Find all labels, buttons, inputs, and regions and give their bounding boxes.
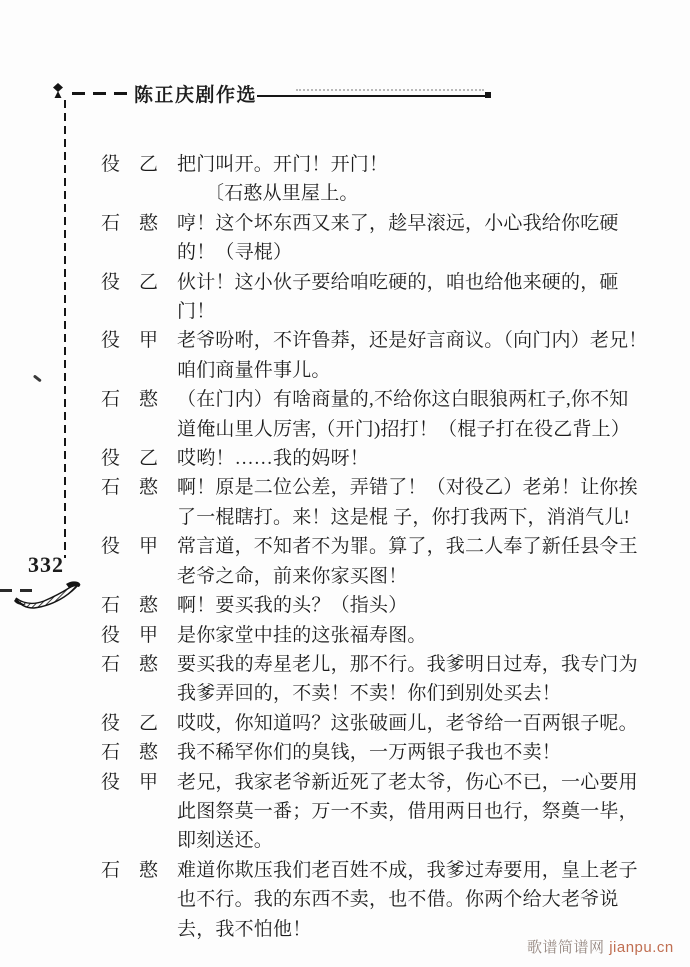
speech-lines: 难道你欺压我们老百姓不成，我爹过寿要用，皇上老子也不行。我的东西不卖，也不借。你… <box>177 856 638 944</box>
dialogue-entry: 役 甲 老兄，我家老爷新近死了老太爷，伤心不已，一心要用此图祭莫一番；万一不卖，… <box>101 768 648 856</box>
dialogue-line: 此图祭莫一番；万一不卖，借用两日也行，祭奠一毕， <box>177 797 638 826</box>
header-dotted-rule <box>296 89 484 91</box>
speech-lines: 我不稀罕你们的臭钱，一万两银子我也不卖！ <box>177 738 561 767</box>
speaker-name: 石 憨 <box>101 591 157 620</box>
dialogue-entry: 石 憨 （在门内）有啥商量的,不给你这白眼狼两杠子,你不知道俺山里人厉害,（开门… <box>101 385 648 444</box>
speaker-name: 石 憨 <box>101 385 157 414</box>
speaker-name: 石 憨 <box>101 738 157 767</box>
dialogue-entry: 役 乙 把门叫开。开门！开门！ <box>101 150 648 179</box>
dialogue-line: 即刻送还。 <box>177 826 638 855</box>
dialogue-line: 也不行。我的东西不卖，也不借。你两个给大老爷说 <box>177 885 638 914</box>
dialogue-line: 常言道，不知者不为罪。算了，我二人奉了新任县令王 <box>177 532 638 561</box>
speech-lines: 常言道，不知者不为罪。算了，我二人奉了新任县令王老爷之命，前来你家买图！ <box>177 532 638 591</box>
dialogue-line: 哎哟！……我的妈呀！ <box>177 444 369 473</box>
speaker-name: 役 乙 <box>101 709 157 738</box>
speech-lines: 〔石憨从里屋上。 <box>177 179 359 208</box>
dialogue-line: 要买我的寿星老儿，那不行。我爹明日过寿，我专门为 <box>177 650 638 679</box>
speech-lines: 老兄，我家老爷新近死了老太爷，伤心不已，一心要用此图祭莫一番；万一不卖，借用两日… <box>177 768 638 856</box>
dialogue-line: 哼！这个坏东西又来了，趁早滚远，小心我给你吃硬 <box>177 209 619 238</box>
speaker-name: 石 憨 <box>101 650 157 679</box>
dialogue-entry: 石 憨 哼！这个坏东西又来了，趁早滚远，小心我给你吃硬的！（寻棍） <box>101 209 648 268</box>
speech-lines: 啊！要买我的头？（指头） <box>177 591 407 620</box>
stray-mark <box>33 374 42 382</box>
margin-dashed-line <box>64 100 66 558</box>
dialogue-line: 的！（寻棍） <box>177 238 619 267</box>
speech-lines: （在门内）有啥商量的,不给你这白眼狼两杠子,你不知道俺山里人厉害,（开门)招打！… <box>177 385 630 444</box>
speaker-name: 役 甲 <box>101 621 157 650</box>
watermark-site-url: jianpu.cn <box>609 939 674 956</box>
watermark: 歌谱简谱网 jianpu.cn <box>527 936 674 957</box>
speaker-name: 役 甲 <box>101 326 157 355</box>
speech-lines: 哎哟！……我的妈呀！ <box>177 444 369 473</box>
header-rule <box>257 95 487 97</box>
dialogue-line: 我不稀罕你们的臭钱，一万两银子我也不卖！ <box>177 738 561 767</box>
speaker-name: 役 乙 <box>101 150 157 179</box>
dialogue-line: 门！ <box>177 297 619 326</box>
dialogue-entry: 石 憨 要买我的寿星老儿，那不行。我爹明日过寿，我专门为我爹弄回的，不卖！不卖！… <box>101 650 648 709</box>
dialogue-line: 老兄，我家老爷新近死了老太爷，伤心不已，一心要用 <box>177 768 638 797</box>
dialogue-entry: 石 憨 啊！要买我的头？（指头） <box>101 591 648 620</box>
dialogue-list: 役 乙 把门叫开。开门！开门！ 〔石憨从里屋上。 石 憨 哼！这个坏东西又来了，… <box>101 150 648 944</box>
dialogue-line: 啊！原是二位公差，弄错了！（对役乙）老弟！让你挨 <box>177 473 638 502</box>
dialogue-line: 了一棍瞎打。来！这是棍 子，你打我两下，消消气儿! <box>177 503 638 532</box>
header-knot-icon <box>52 83 64 99</box>
speaker-name: 石 憨 <box>101 473 157 502</box>
speaker-name: 役 乙 <box>101 268 157 297</box>
dialogue-line: 啊！要买我的头？（指头） <box>177 591 407 620</box>
dialogue-entry: 役 甲 老爷吩咐，不许鲁莽，还是好言商议。（向门内）老兄！咱们商量件事儿。 <box>101 326 648 385</box>
speech-lines: 要买我的寿星老儿，那不行。我爹明日过寿，我专门为我爹弄回的，不卖！不卖！你们到别… <box>177 650 638 709</box>
running-header-title: 陈正庆剧作选 <box>134 80 257 107</box>
dialogue-entry: 石 憨 啊！原是二位公差，弄错了！（对役乙）老弟！让你挨了一棍瞎打。来！这是棍 … <box>101 473 648 532</box>
dialogue-line: 老爷吩咐，不许鲁莽，还是好言商议。（向门内）老兄！ <box>177 326 648 355</box>
dialogue-line: 道俺山里人厉害,（开门)招打！（棍子打在役乙背上） <box>177 415 630 444</box>
speaker-name: 役 甲 <box>101 532 157 561</box>
speech-lines: 老爷吩咐，不许鲁莽，还是好言商议。（向门内）老兄！咱们商量件事儿。 <box>177 326 648 385</box>
speech-lines: 啊！原是二位公差，弄错了！（对役乙）老弟！让你挨了一棍瞎打。来！这是棍 子，你打… <box>177 473 638 532</box>
dialogue-line: 把门叫开。开门！开门！ <box>177 150 388 179</box>
page-number: 332 <box>28 552 64 578</box>
dialogue-entry: 役 乙 哎哎，你知道吗？这张破画儿，老爷给一百两银子呢。 <box>101 709 648 738</box>
speech-lines: 哎哎，你知道吗？这张破画儿，老爷给一百两银子呢。 <box>177 709 638 738</box>
speaker-name: 役 甲 <box>101 768 157 797</box>
dialogue-entry: 役 甲 常言道，不知者不为罪。算了，我二人奉了新任县令王老爷之命，前来你家买图！ <box>101 532 648 591</box>
dialogue-line: 〔石憨从里屋上。 <box>177 179 359 208</box>
speech-lines: 把门叫开。开门！开门！ <box>177 150 388 179</box>
scanned-book-page: 陈正庆剧作选 332 役 乙 把门叫开。开门！开门！ 〔石憨从里屋上。 石 憨 … <box>0 0 690 967</box>
speech-lines: 是你家堂中挂的这张福寿图。 <box>177 621 427 650</box>
speech-lines: 伙计！这小伙子要给咱吃硬的，咱也给他来硬的，砸门！ <box>177 268 619 327</box>
dialogue-line: 我爹弄回的，不卖！不卖！你们到别处买去！ <box>177 679 638 708</box>
dialogue-line: （在门内）有啥商量的,不给你这白眼狼两杠子,你不知 <box>177 385 630 414</box>
dialogue-entry: 〔石憨从里屋上。 <box>101 179 648 208</box>
dialogue-line: 伙计！这小伙子要给咱吃硬的，咱也给他来硬的，砸 <box>177 268 619 297</box>
dialogue-entry: 石 憨 难道你欺压我们老百姓不成，我爹过寿要用，皇上老子也不行。我的东西不卖，也… <box>101 856 648 944</box>
dialogue-entry: 石 憨 我不稀罕你们的臭钱，一万两银子我也不卖！ <box>101 738 648 767</box>
ink-swash-ornament-icon <box>12 576 84 610</box>
speaker-name: 石 憨 <box>101 856 157 885</box>
header-rule-end-dot <box>485 92 491 98</box>
dialogue-line: 哎哎，你知道吗？这张破画儿，老爷给一百两银子呢。 <box>177 709 638 738</box>
dialogue-entry: 役 甲 是你家堂中挂的这张福寿图。 <box>101 621 648 650</box>
dialogue-entry: 役 乙 哎哟！……我的妈呀！ <box>101 444 648 473</box>
dialogue-line: 难道你欺压我们老百姓不成，我爹过寿要用，皇上老子 <box>177 856 638 885</box>
watermark-site-name: 歌谱简谱网 <box>527 939 605 956</box>
speech-lines: 哼！这个坏东西又来了，趁早滚远，小心我给你吃硬的！（寻棍） <box>177 209 619 268</box>
dialogue-line: 老爷之命，前来你家买图！ <box>177 562 638 591</box>
speaker-name: 石 憨 <box>101 209 157 238</box>
header-dash-line <box>72 92 130 95</box>
dialogue-line: 是你家堂中挂的这张福寿图。 <box>177 621 427 650</box>
margin-bottom-dashes <box>0 589 32 592</box>
dialogue-entry: 役 乙 伙计！这小伙子要给咱吃硬的，咱也给他来硬的，砸门！ <box>101 268 648 327</box>
dialogue-line: 咱们商量件事儿。 <box>177 356 648 385</box>
speaker-name: 役 乙 <box>101 444 157 473</box>
